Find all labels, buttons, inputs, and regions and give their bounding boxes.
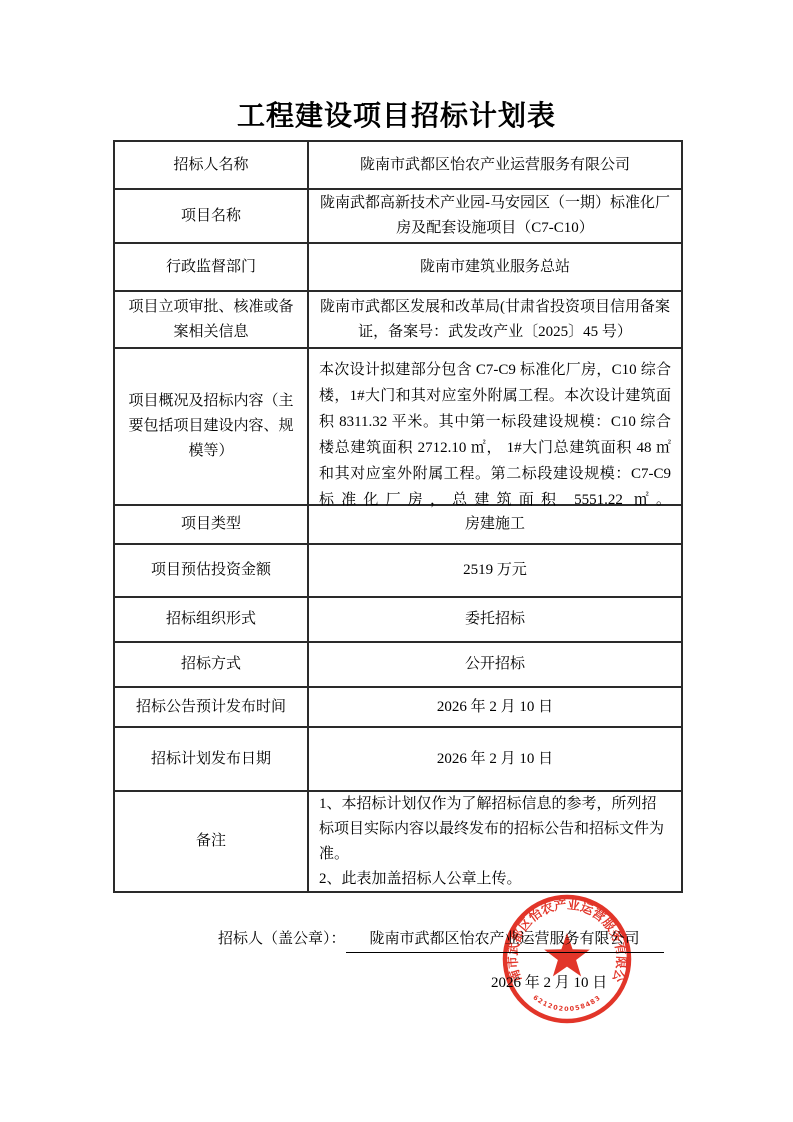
company-seal: 陇南市武都区怡农产业运营服务有限公司 6212020058483 [500, 892, 634, 1026]
document-page: 工程建设项目招标计划表 招标人名称 陇南市武都区怡农产业运营服务有限公司 项目名… [0, 0, 793, 1122]
row-value-supervision-dept: 陇南市建筑业服务总站 [309, 244, 681, 290]
row-label-plan-publish-date: 招标计划发布日期 [115, 728, 309, 790]
row-value-announcement-date: 2026 年 2 月 10 日 [309, 688, 681, 726]
row-value-project-overview: 本次设计拟建部分包含 C7-C9 标准化厂房，C10 综合楼，1#大门和其对应室… [309, 349, 681, 504]
table-row: 招标方式 公开招标 [115, 641, 681, 686]
table-row: 项目名称 陇南武都高新技术产业园-马安园区（一期）标准化厂房及配套设施项目（C7… [115, 188, 681, 242]
row-label-remarks: 备注 [115, 792, 309, 891]
row-value-bidding-method: 公开招标 [309, 643, 681, 686]
row-label-organization-form: 招标组织形式 [115, 598, 309, 641]
table-row: 项目立项审批、核准或备案相关信息 陇南市武都区发展和改革局(甘肃省投资项目信用备… [115, 290, 681, 347]
row-label-supervision-dept: 行政监督部门 [115, 244, 309, 290]
row-label-bidding-method: 招标方式 [115, 643, 309, 686]
row-value-estimated-investment: 2519 万元 [309, 545, 681, 596]
row-label-project-overview: 项目概况及招标内容（主要包括项目建设内容、规模等） [115, 349, 309, 504]
row-value-bidder-name: 陇南市武都区怡农产业运营服务有限公司 [309, 142, 681, 188]
table-row: 项目类型 房建施工 [115, 504, 681, 543]
row-value-organization-form: 委托招标 [309, 598, 681, 641]
bidding-plan-table: 招标人名称 陇南市武都区怡农产业运营服务有限公司 项目名称 陇南武都高新技术产业… [113, 140, 683, 893]
table-row: 行政监督部门 陇南市建筑业服务总站 [115, 242, 681, 290]
table-row: 招标组织形式 委托招标 [115, 596, 681, 641]
row-label-project-type: 项目类型 [115, 506, 309, 543]
table-row: 项目概况及招标内容（主要包括项目建设内容、规模等） 本次设计拟建部分包含 C7-… [115, 347, 681, 504]
row-label-estimated-investment: 项目预估投资金额 [115, 545, 309, 596]
row-label-project-name: 项目名称 [115, 190, 309, 242]
row-value-plan-publish-date: 2026 年 2 月 10 日 [309, 728, 681, 790]
row-value-approval-info: 陇南市武都区发展和改革局(甘肃省投资项目信用备案证，备案号：武发改产业〔2025… [309, 292, 681, 347]
table-row: 备注 1、本招标计划仅作为了解招标信息的参考，所列招标项目实际内容以最终发布的招… [115, 790, 681, 891]
row-label-bidder-name: 招标人名称 [115, 142, 309, 188]
table-row: 招标人名称 陇南市武都区怡农产业运营服务有限公司 [115, 142, 681, 188]
signer-label: 招标人（盖公章）： [218, 928, 346, 950]
row-value-project-type: 房建施工 [309, 506, 681, 543]
table-row: 招标公告预计发布时间 2026 年 2 月 10 日 [115, 686, 681, 726]
row-label-approval-info: 项目立项审批、核准或备案相关信息 [115, 292, 309, 347]
table-row: 招标计划发布日期 2026 年 2 月 10 日 [115, 726, 681, 790]
row-label-announcement-date: 招标公告预计发布时间 [115, 688, 309, 726]
row-value-project-name: 陇南武都高新技术产业园-马安园区（一期）标准化厂房及配套设施项目（C7-C10） [309, 190, 681, 242]
row-value-remarks: 1、本招标计划仅作为了解招标信息的参考，所列招标项目实际内容以最终发布的招标公告… [309, 792, 681, 891]
seal-star-icon [544, 933, 590, 976]
page-title: 工程建设项目招标计划表 [0, 94, 793, 134]
seal-code-text: 6212020058483 [531, 993, 602, 1013]
seal-company-arc-text: 陇南市武都区怡农产业运营服务有限公司 [500, 892, 629, 984]
table-row: 项目预估投资金额 2519 万元 [115, 543, 681, 596]
